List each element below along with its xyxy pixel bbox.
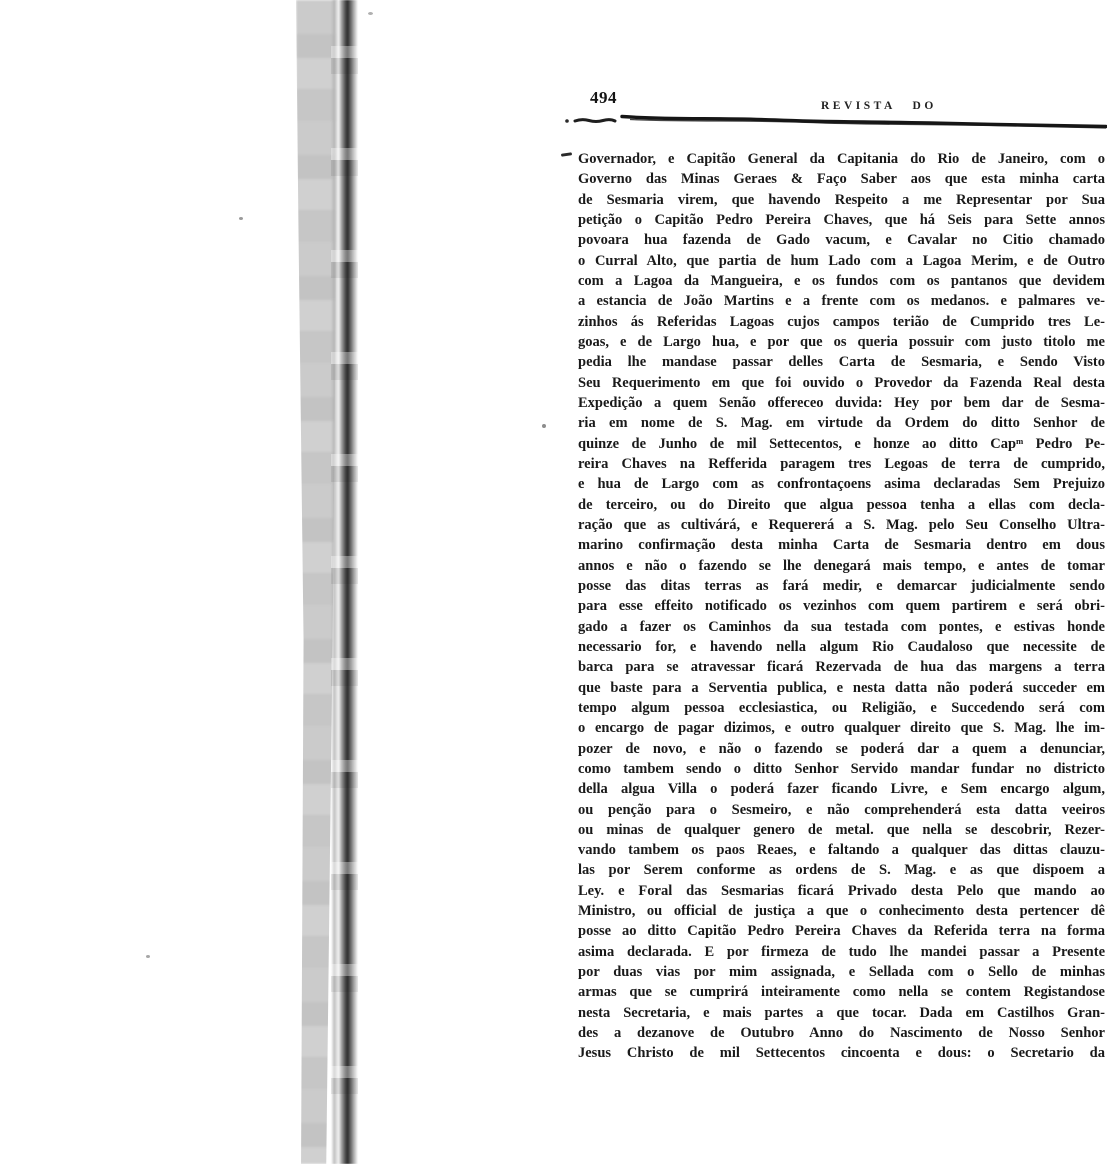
text-line: com a Lagoa da Mangueira, e os fundos co… [578, 271, 1105, 291]
text-line: de Sesmaria virem, que havendo Respeito … [578, 190, 1105, 210]
text-line: armas que se cumprirá inteiramente como … [578, 982, 1105, 1002]
text-line: gado a fazer os Caminhos da sua testada … [578, 617, 1105, 637]
text-line: pedia lhe mandase passar delles Carta de… [578, 352, 1105, 372]
scan-speck [542, 424, 546, 428]
text-line: por duas vias por mim assignada, e Sella… [578, 962, 1105, 982]
header-rule [560, 106, 1107, 136]
text-line: como tambem sendo o ditto Senhor Servido… [578, 759, 1105, 779]
text-line: o Curral Alto, que partia de hum Lado co… [578, 251, 1105, 271]
text-line: des a dezanove de Outubro Anno do Nascim… [578, 1023, 1105, 1043]
text-line: annos e não o fazendo se lhe denegará ma… [578, 556, 1105, 576]
text-line: povoara hua fazenda de Gado vacum, e Cav… [578, 230, 1105, 250]
text-line: pozer de novo, e não o fazendo se poderá… [578, 739, 1105, 759]
text-line: marino confirmação desta minha Carta de … [578, 535, 1105, 555]
text-line: necessario for, e havendo nella algum Ri… [578, 637, 1105, 657]
text-line: zinhos ás Referidas Lagoas cujos campos … [578, 312, 1105, 332]
scan-speck [368, 12, 373, 15]
text-line: que baste para a Serventia publica, e ne… [578, 678, 1105, 698]
scan-speck [239, 217, 243, 220]
text-line: tempo algum pessoa ecclesiastica, ou Rel… [578, 698, 1105, 718]
text-line: para esse effeito notificado os vezinhos… [578, 596, 1105, 616]
text-line: della algua Villa o poderá fazer ficando… [578, 779, 1105, 799]
text-line: reira Chaves na Refferida paragem tres L… [578, 454, 1105, 474]
text-line: Ley. e Foral das Sesmarias ficará Privad… [578, 881, 1105, 901]
text-line: goas, e de Largo hua, e por que os queri… [578, 332, 1105, 352]
text-line: petição o Capitão Pedro Pereira Chaves, … [578, 210, 1105, 230]
text-line: ração que as cultivárá, e Requererá a S.… [578, 515, 1105, 535]
page-number: 494 [590, 88, 617, 108]
text-line: posse ao ditto Capitão Pedro Pereira Cha… [578, 921, 1105, 941]
text-line: Expedição a quem Senão offereceo duvida:… [578, 393, 1105, 413]
text-line: Governo das Minas Geraes & Faço Saber ao… [578, 169, 1105, 189]
text-line: barca para se atravessar ficará Rezervad… [578, 657, 1105, 677]
text-line: ou minas de qualquer genero de metal. qu… [578, 820, 1105, 840]
text-line: Governador, e Capitão General da Capitan… [578, 149, 1105, 169]
text-line: las por Serem conforme as ordens de S. M… [578, 860, 1105, 880]
text-line: o encargo de pagar dizimos, e outro qual… [578, 718, 1105, 738]
text-line: nesta Secretaria, e mais partes a que to… [578, 1003, 1105, 1023]
page-text: Governador, e Capitão General da Capitan… [578, 149, 1105, 1064]
margin-dash-mark [561, 152, 572, 157]
text-line: ria em nome de S. Mag. em virtude da Ord… [578, 413, 1105, 433]
text-line: asima declarada. E por firmeza de tudo l… [578, 942, 1105, 962]
text-line: Ministro, ou official de justiça a que o… [578, 901, 1105, 921]
text-line: Jesus Christo de mil Settecentos cincoen… [578, 1043, 1105, 1063]
text-line: a estancia de João Martins e a frente co… [578, 291, 1105, 311]
text-line: posse das ditas terras as fará medir, e … [578, 576, 1105, 596]
text-line: ou penção para o Sesmeiro, e não compreh… [578, 800, 1105, 820]
page-gutter-streaks [331, 0, 358, 1164]
text-line: Seu Requerimento em que foi ouvido o Pro… [578, 373, 1105, 393]
text-line: quinze de Junho de mil Settecentos, e ho… [578, 434, 1105, 454]
text-line: e hua de Largo com as confrontaçoens asi… [578, 474, 1105, 494]
text-line: de terceiro, ou do Direito que algua pes… [578, 495, 1105, 515]
scan-speck [146, 955, 150, 958]
text-line: vando tambem os paos Reaes, e faltando a… [578, 840, 1105, 860]
scanned-book-page: 494 REVISTA DO Governador, e Capitão Gen… [0, 0, 1107, 1164]
